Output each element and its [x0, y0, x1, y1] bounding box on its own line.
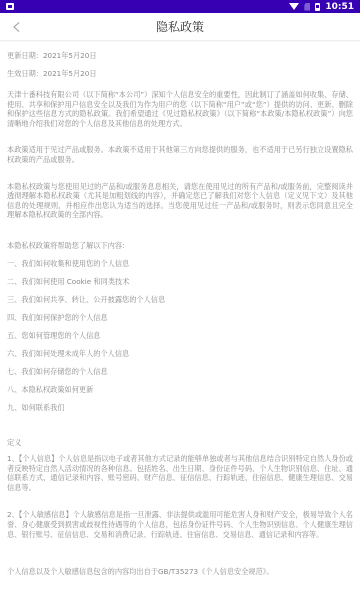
toolbar: 隐私政策: [0, 13, 360, 41]
definition-personal-info: 1、【个人信息】个人信息是指以电子或者其他方式记录的能够单独或者与其他信息结合识…: [7, 454, 353, 492]
effective-date: 生效日期：2021年5月20日: [7, 65, 353, 83]
toc-item: 五、您如何管理您的个人信息: [7, 327, 353, 345]
toc-item: 八、本隐私权政策如何更新: [7, 381, 353, 399]
toc-item: 七、我们如何存储您的个人信息: [7, 363, 353, 381]
source-note: 个人信息以及个人敏感信息包含的内容均出自于GB/T35273《个人信息安全规范》…: [7, 567, 353, 577]
toc-intro: 本隐私权政策将帮助您了解以下内容：: [7, 237, 353, 255]
status-bar: 10:51: [0, 0, 360, 13]
chevron-left-icon: [13, 22, 20, 32]
toc-item: 四、我们如何保护您的个人信息: [7, 309, 353, 327]
toc-item: 九、如何联系我们: [7, 399, 353, 417]
policy-content[interactable]: 更新日期：2021年5月20日 生效日期：2021年5月20日 天津十番科技有限…: [0, 41, 360, 577]
toc-item: 三、我们如何共享、转让、公开披露您的个人信息: [7, 291, 353, 309]
toc-item: 一、我们如何收集和使用您的个人信息: [7, 255, 353, 273]
page-title: 隐私政策: [156, 18, 204, 35]
back-button[interactable]: [8, 13, 24, 41]
toc-item: 二、我们如何使用 Cookie 和同类技术: [7, 273, 353, 291]
intro-paragraph: 天津十番科技有限公司（以下简称“本公司”）深知个人信息安全的重要性，因此制订了涵…: [7, 90, 353, 128]
updated-date: 更新日期：2021年5月20日: [7, 47, 353, 65]
toc-item: 六、我们如何处理未成年人的个人信息: [7, 345, 353, 363]
battery-icon: [315, 3, 320, 11]
definitions-heading: 定义: [7, 434, 353, 452]
clock: 10:51: [325, 2, 354, 12]
wifi-icon: [289, 3, 299, 10]
definition-sensitive-info: 2、【个人敏感信息】个人敏感信息是指一旦泄露、非法提供或滥用可能危害人身和财产安…: [7, 510, 353, 539]
scope-paragraph: 本政策适用于见过产品或服务。本政策不适用于其他第三方向您提供的服务，也不适用于已…: [7, 145, 353, 164]
consent-paragraph: 本隐私权政策与您使用见过的产品和/或服务息息相关，请您在使用见过的所有产品和/或…: [7, 182, 353, 220]
notification-icon: [6, 3, 14, 10]
no-sim-icon: [304, 3, 310, 11]
